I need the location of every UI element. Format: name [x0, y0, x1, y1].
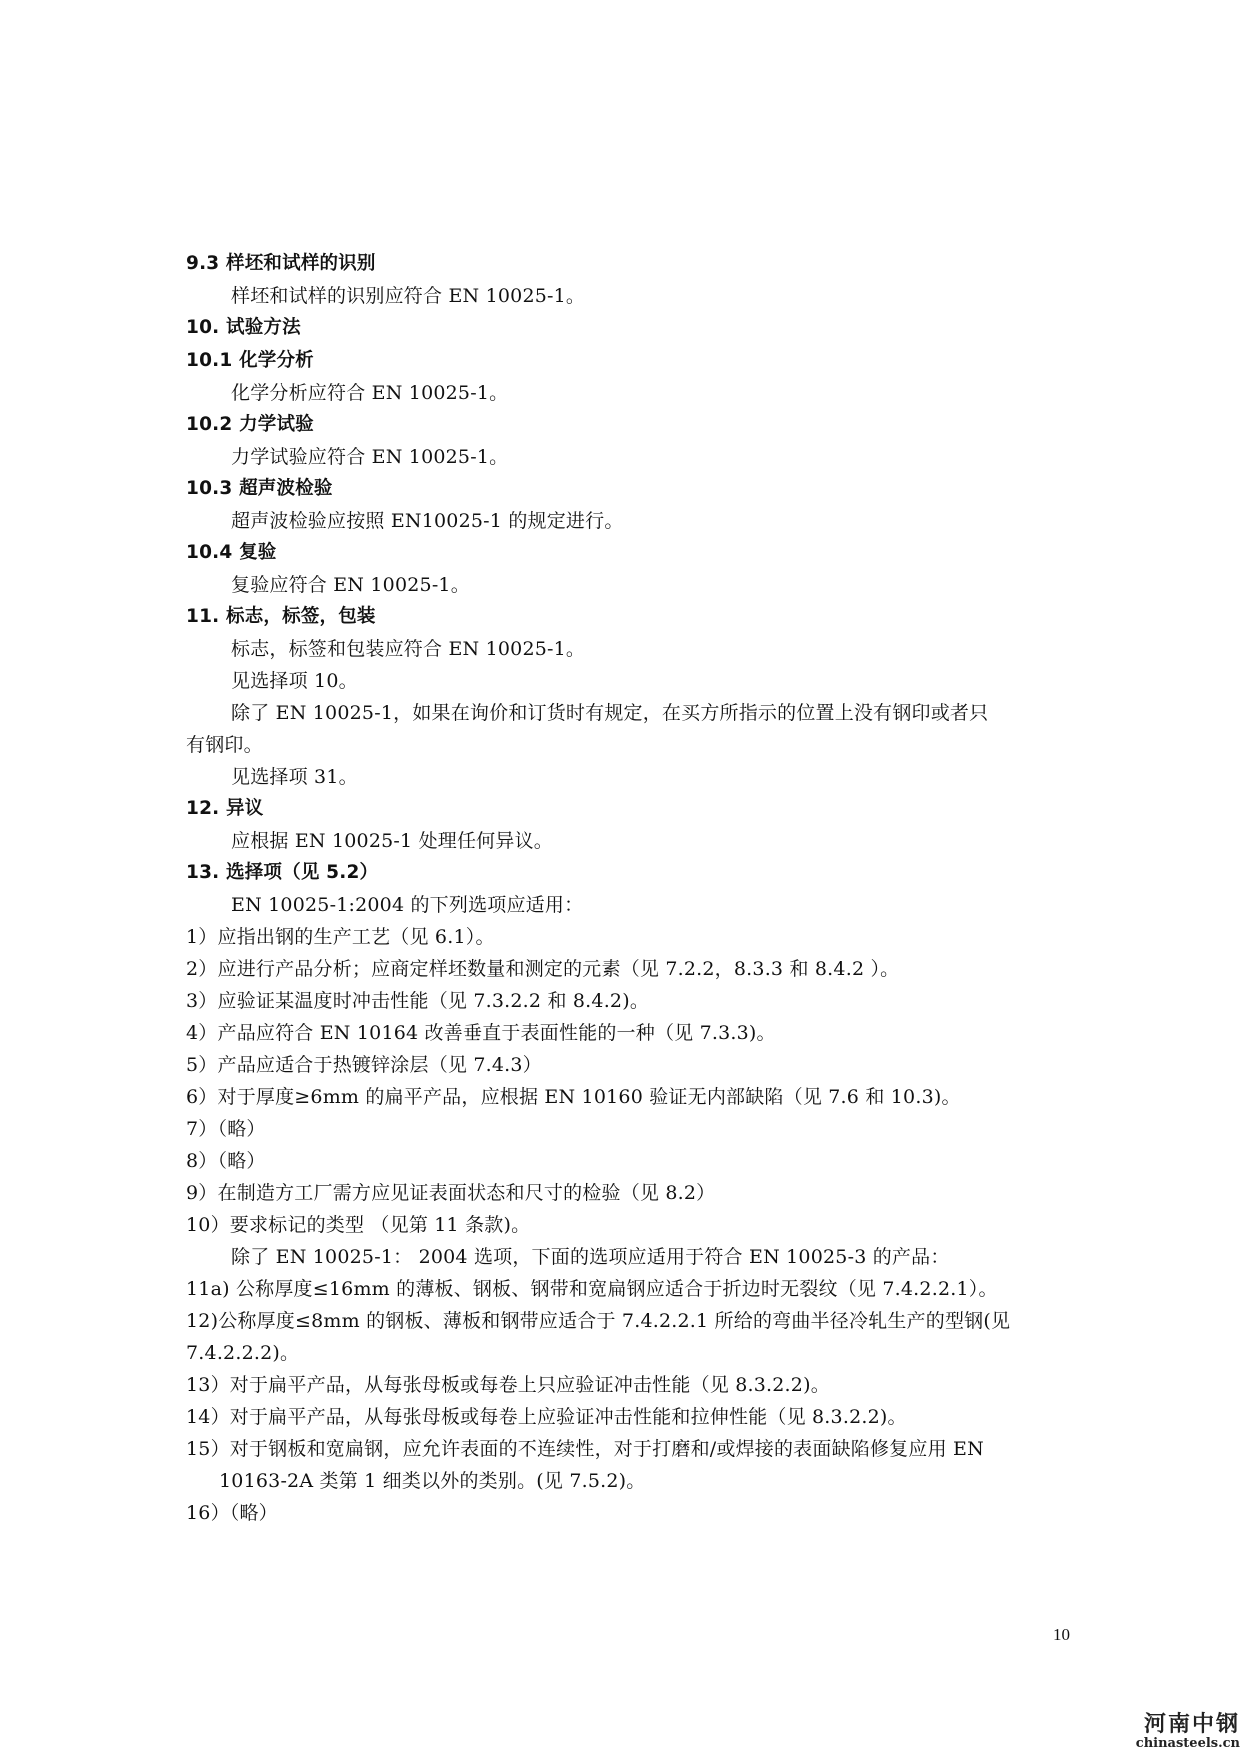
section-heading-10-4: 10.4 复验 — [186, 541, 277, 565]
paragraph: 标志，标签和包装应符合 EN 10025-1。 — [231, 637, 585, 661]
watermark-chinese: 河南中钢 — [1120, 1713, 1240, 1737]
list-item: 7）（略） — [186, 1117, 266, 1141]
list-item: 11a) 公称厚度≤16mm 的薄板、钢板、钢带和宽扁钢应适合于折边时无裂纹（见… — [186, 1277, 998, 1301]
list-item: 1）应指出钢的生产工艺（见 6.1）。 — [186, 925, 495, 949]
paragraph: 除了 EN 10025-1，如果在询价和订货时有规定，在买方所指示的位置上没有钢… — [231, 701, 988, 725]
section-heading-10-3: 10.3 超声波检验 — [186, 477, 333, 501]
watermark-domain: chinasteels.cn — [1120, 1737, 1240, 1751]
section-heading-10-2: 10.2 力学试验 — [186, 413, 314, 437]
list-item: 13）对于扁平产品，从每张母板或每卷上只应验证冲击性能（见 8.3.2.2)。 — [186, 1373, 830, 1397]
section-heading-11: 11. 标志，标签，包装 — [186, 605, 376, 629]
section-heading-13: 13. 选择项（见 5.2） — [186, 861, 378, 885]
list-item: 15）对于钢板和宽扁钢，应允许表面的不连续性，对于打磨和/或焊接的表面缺陷修复应… — [186, 1437, 984, 1461]
section-heading-10: 10. 试验方法 — [186, 316, 301, 340]
paragraph: 见选择项 10。 — [231, 669, 358, 693]
section-heading-9-3: 9.3 样坯和试样的识别 — [186, 252, 376, 276]
page-number: 10 — [1053, 1625, 1070, 1645]
list-item: 9）在制造方工厂需方应见证表面状态和尺寸的检验（见 8.2） — [186, 1181, 715, 1205]
paragraph: 见选择项 31。 — [231, 765, 358, 789]
paragraph: 超声波检验应按照 EN10025-1 的规定进行。 — [231, 509, 624, 533]
list-item: 4）产品应符合 EN 10164 改善垂直于表面性能的一种（见 7.3.3)。 — [186, 1021, 776, 1045]
list-item: 14）对于扁平产品，从每张母板或每卷上应验证冲击性能和拉伸性能（见 8.3.2.… — [186, 1405, 907, 1429]
paragraph: 复验应符合 EN 10025-1。 — [231, 573, 470, 597]
paragraph: 应根据 EN 10025-1 处理任何异议。 — [231, 829, 553, 853]
section-heading-10-1: 10.1 化学分析 — [186, 349, 314, 373]
list-item: 2）应进行产品分析；应商定样坯数量和测定的元素（见 7.2.2，8.3.3 和 … — [186, 957, 899, 981]
paragraph: EN 10025-1:2004 的下列选项应适用： — [231, 893, 583, 917]
list-item: 8）（略） — [186, 1149, 266, 1173]
list-item: 5）产品应适合于热镀锌涂层（见 7.4.3） — [186, 1053, 542, 1077]
paragraph: 样坯和试样的识别应符合 EN 10025-1。 — [231, 284, 585, 308]
list-item-continuation: 7.4.2.2.2)。 — [186, 1341, 299, 1365]
document-page: 9.3 样坯和试样的识别 样坯和试样的识别应符合 EN 10025-1。 10.… — [0, 0, 1240, 1754]
section-heading-12: 12. 异议 — [186, 797, 263, 821]
watermark-logo: 河南中钢 chinasteels.cn — [1120, 1713, 1240, 1751]
list-item: 3）应验证某温度时冲击性能（见 7.3.2.2 和 8.4.2)。 — [186, 989, 649, 1013]
paragraph: 化学分析应符合 EN 10025-1。 — [231, 381, 508, 405]
list-item: 12)公称厚度≤8mm 的钢板、薄板和钢带应适合于 7.4.2.2.1 所给的弯… — [186, 1309, 1010, 1333]
paragraph-continuation: 有钢印。 — [186, 733, 263, 757]
list-item-continuation: 10163-2A 类第 1 细类以外的类别。(见 7.5.2)。 — [219, 1469, 646, 1493]
paragraph: 力学试验应符合 EN 10025-1。 — [231, 445, 508, 469]
list-item: 10）要求标记的类型 （见第 11 条款)。 — [186, 1213, 530, 1237]
list-item: 16）（略） — [186, 1501, 278, 1525]
list-item: 6）对于厚度≥6mm 的扁平产品，应根据 EN 10160 验证无内部缺陷（见 … — [186, 1085, 961, 1109]
paragraph: 除了 EN 10025-1： 2004 选项，下面的选项应适用于符合 EN 10… — [231, 1245, 950, 1269]
